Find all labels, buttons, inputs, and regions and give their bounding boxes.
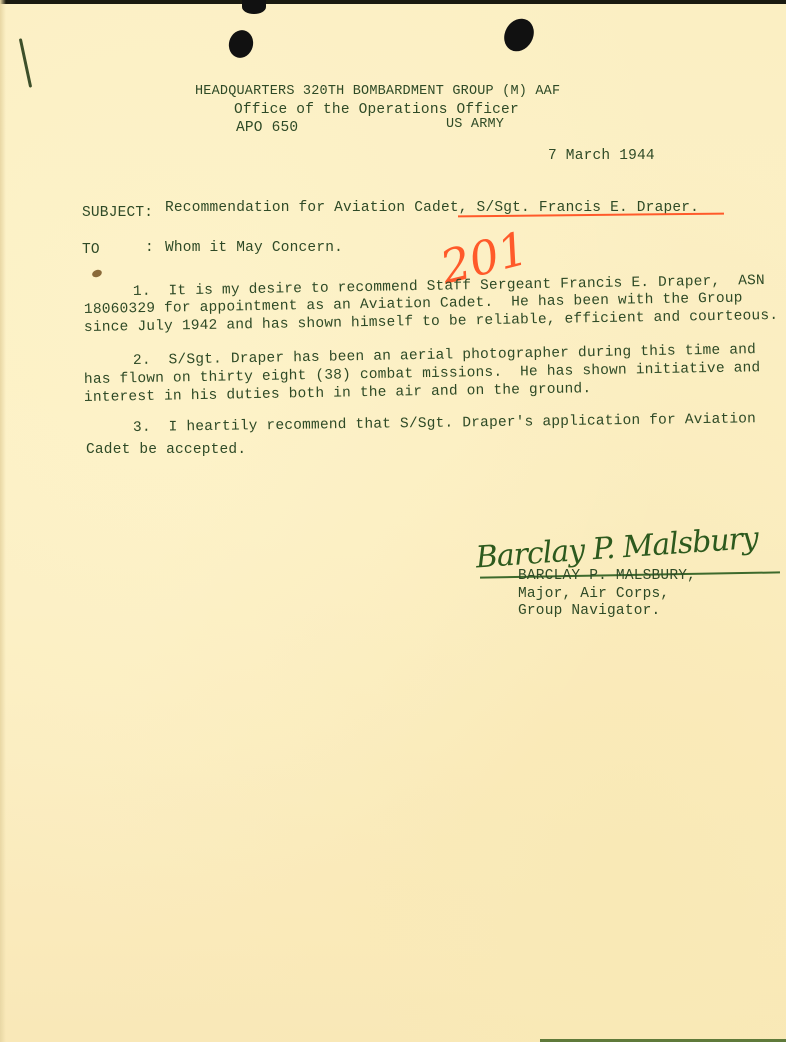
letterhead-apo: APO 650 [236, 120, 298, 136]
document-date: 7 March 1944 [548, 148, 655, 164]
document-page [0, 0, 786, 1042]
to-label: TO [82, 242, 100, 258]
to-text: Whom it May Concern. [165, 240, 343, 256]
paragraph-3-line-2: Cadet be accepted. [86, 442, 246, 458]
signer-name: BARCLAY P. MALSBURY, [518, 568, 696, 584]
letterhead-line-1: HEADQUARTERS 320TH BOMBARDMENT GROUP (M)… [195, 84, 560, 99]
signer-rank: Major, Air Corps, [518, 586, 669, 602]
subject-label: SUBJECT: [82, 205, 153, 221]
letterhead-line-2: Office of the Operations Officer [234, 102, 519, 118]
signer-title: Group Navigator. [518, 603, 660, 619]
scan-left-edge [0, 0, 6, 1042]
scan-top-edge [0, 0, 786, 4]
letterhead-us-army: US ARMY [446, 117, 504, 132]
to-separator: : [145, 240, 154, 256]
punch-hole-icon [242, 0, 266, 14]
